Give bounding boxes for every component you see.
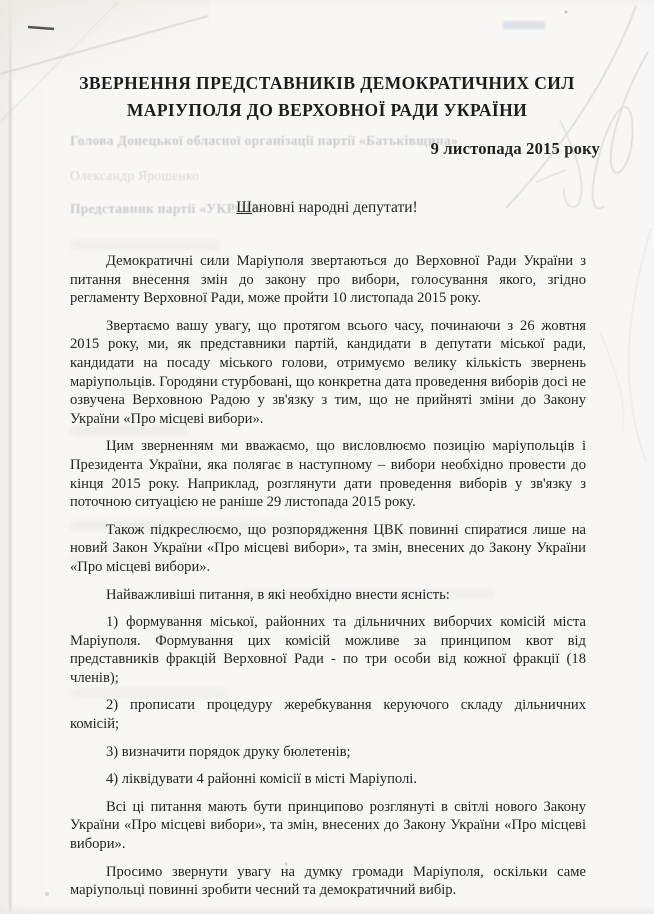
scan-speck bbox=[45, 892, 49, 896]
questions-intro: Найважливіші питання, в які необхідно вн… bbox=[70, 586, 586, 605]
document-body: Демократичні сили Маріуполя звертаються … bbox=[70, 252, 586, 909]
signature-squiggle bbox=[600, 332, 623, 432]
scan-speck bbox=[565, 11, 568, 14]
crease-line bbox=[0, 16, 208, 74]
paragraph-conclusion: Всі ці питання мають бути принципово роз… bbox=[70, 798, 586, 854]
ghost-line: Голова Донецької обласної організації па… bbox=[70, 133, 458, 149]
list-item-2: 2) прописати процедуру жеребкування керу… bbox=[70, 696, 586, 733]
signature-squiggle bbox=[560, 120, 582, 207]
paper-fold-shadow bbox=[0, 0, 210, 80]
ghost-smudge bbox=[70, 240, 220, 250]
paragraph-intro: Демократичні сили Маріуполя звертаються … bbox=[70, 252, 586, 308]
salutation-first-letter: Ш bbox=[236, 199, 252, 216]
scanned-document-page: Голова Донецької обласної організації па… bbox=[0, 0, 654, 914]
signature-squiggle bbox=[629, 228, 651, 462]
salutation: Шановні народні депутати! bbox=[0, 199, 654, 217]
document-title-line1: ЗВЕРНЕННЯ ПРЕДСТАВНИКІВ ДЕМОКРАТИЧНИХ СИ… bbox=[79, 73, 574, 93]
stamp-smudge bbox=[503, 21, 545, 29]
list-item-3: 3) визначити порядок друку бюлетенів; bbox=[70, 743, 586, 762]
paragraph-position: Цим зверненням ми вважаємо, що висловлює… bbox=[70, 437, 586, 511]
document-title: ЗВЕРНЕННЯ ПРЕДСТАВНИКІВ ДЕМОКРАТИЧНИХ СИ… bbox=[0, 70, 654, 124]
document-date: 9 листопада 2015 року bbox=[431, 139, 600, 159]
paragraph-closing: Просимо звернути увагу на думку громади … bbox=[70, 863, 586, 900]
paragraph-attention: Звертаємо вашу увагу, що протягом всього… bbox=[70, 317, 586, 429]
list-item-1: 1) формування міської, районних та дільн… bbox=[70, 613, 586, 687]
signature-squiggle bbox=[536, 170, 566, 182]
ghost-line: Олександр Ярошенко bbox=[70, 168, 199, 184]
list-item-4: 4) ліквідувати 4 районні комісії в місті… bbox=[70, 770, 586, 789]
paragraph-cvk: Також підкреслюємо, що розпорядження ЦВК… bbox=[70, 521, 586, 577]
staple-mark bbox=[28, 27, 54, 29]
salutation-text: ановні народні депутати! bbox=[252, 199, 418, 216]
document-title-line2: МАРІУПОЛЯ ДО ВЕРХОВНОЇ РАДИ УКРАЇНИ bbox=[127, 100, 527, 120]
